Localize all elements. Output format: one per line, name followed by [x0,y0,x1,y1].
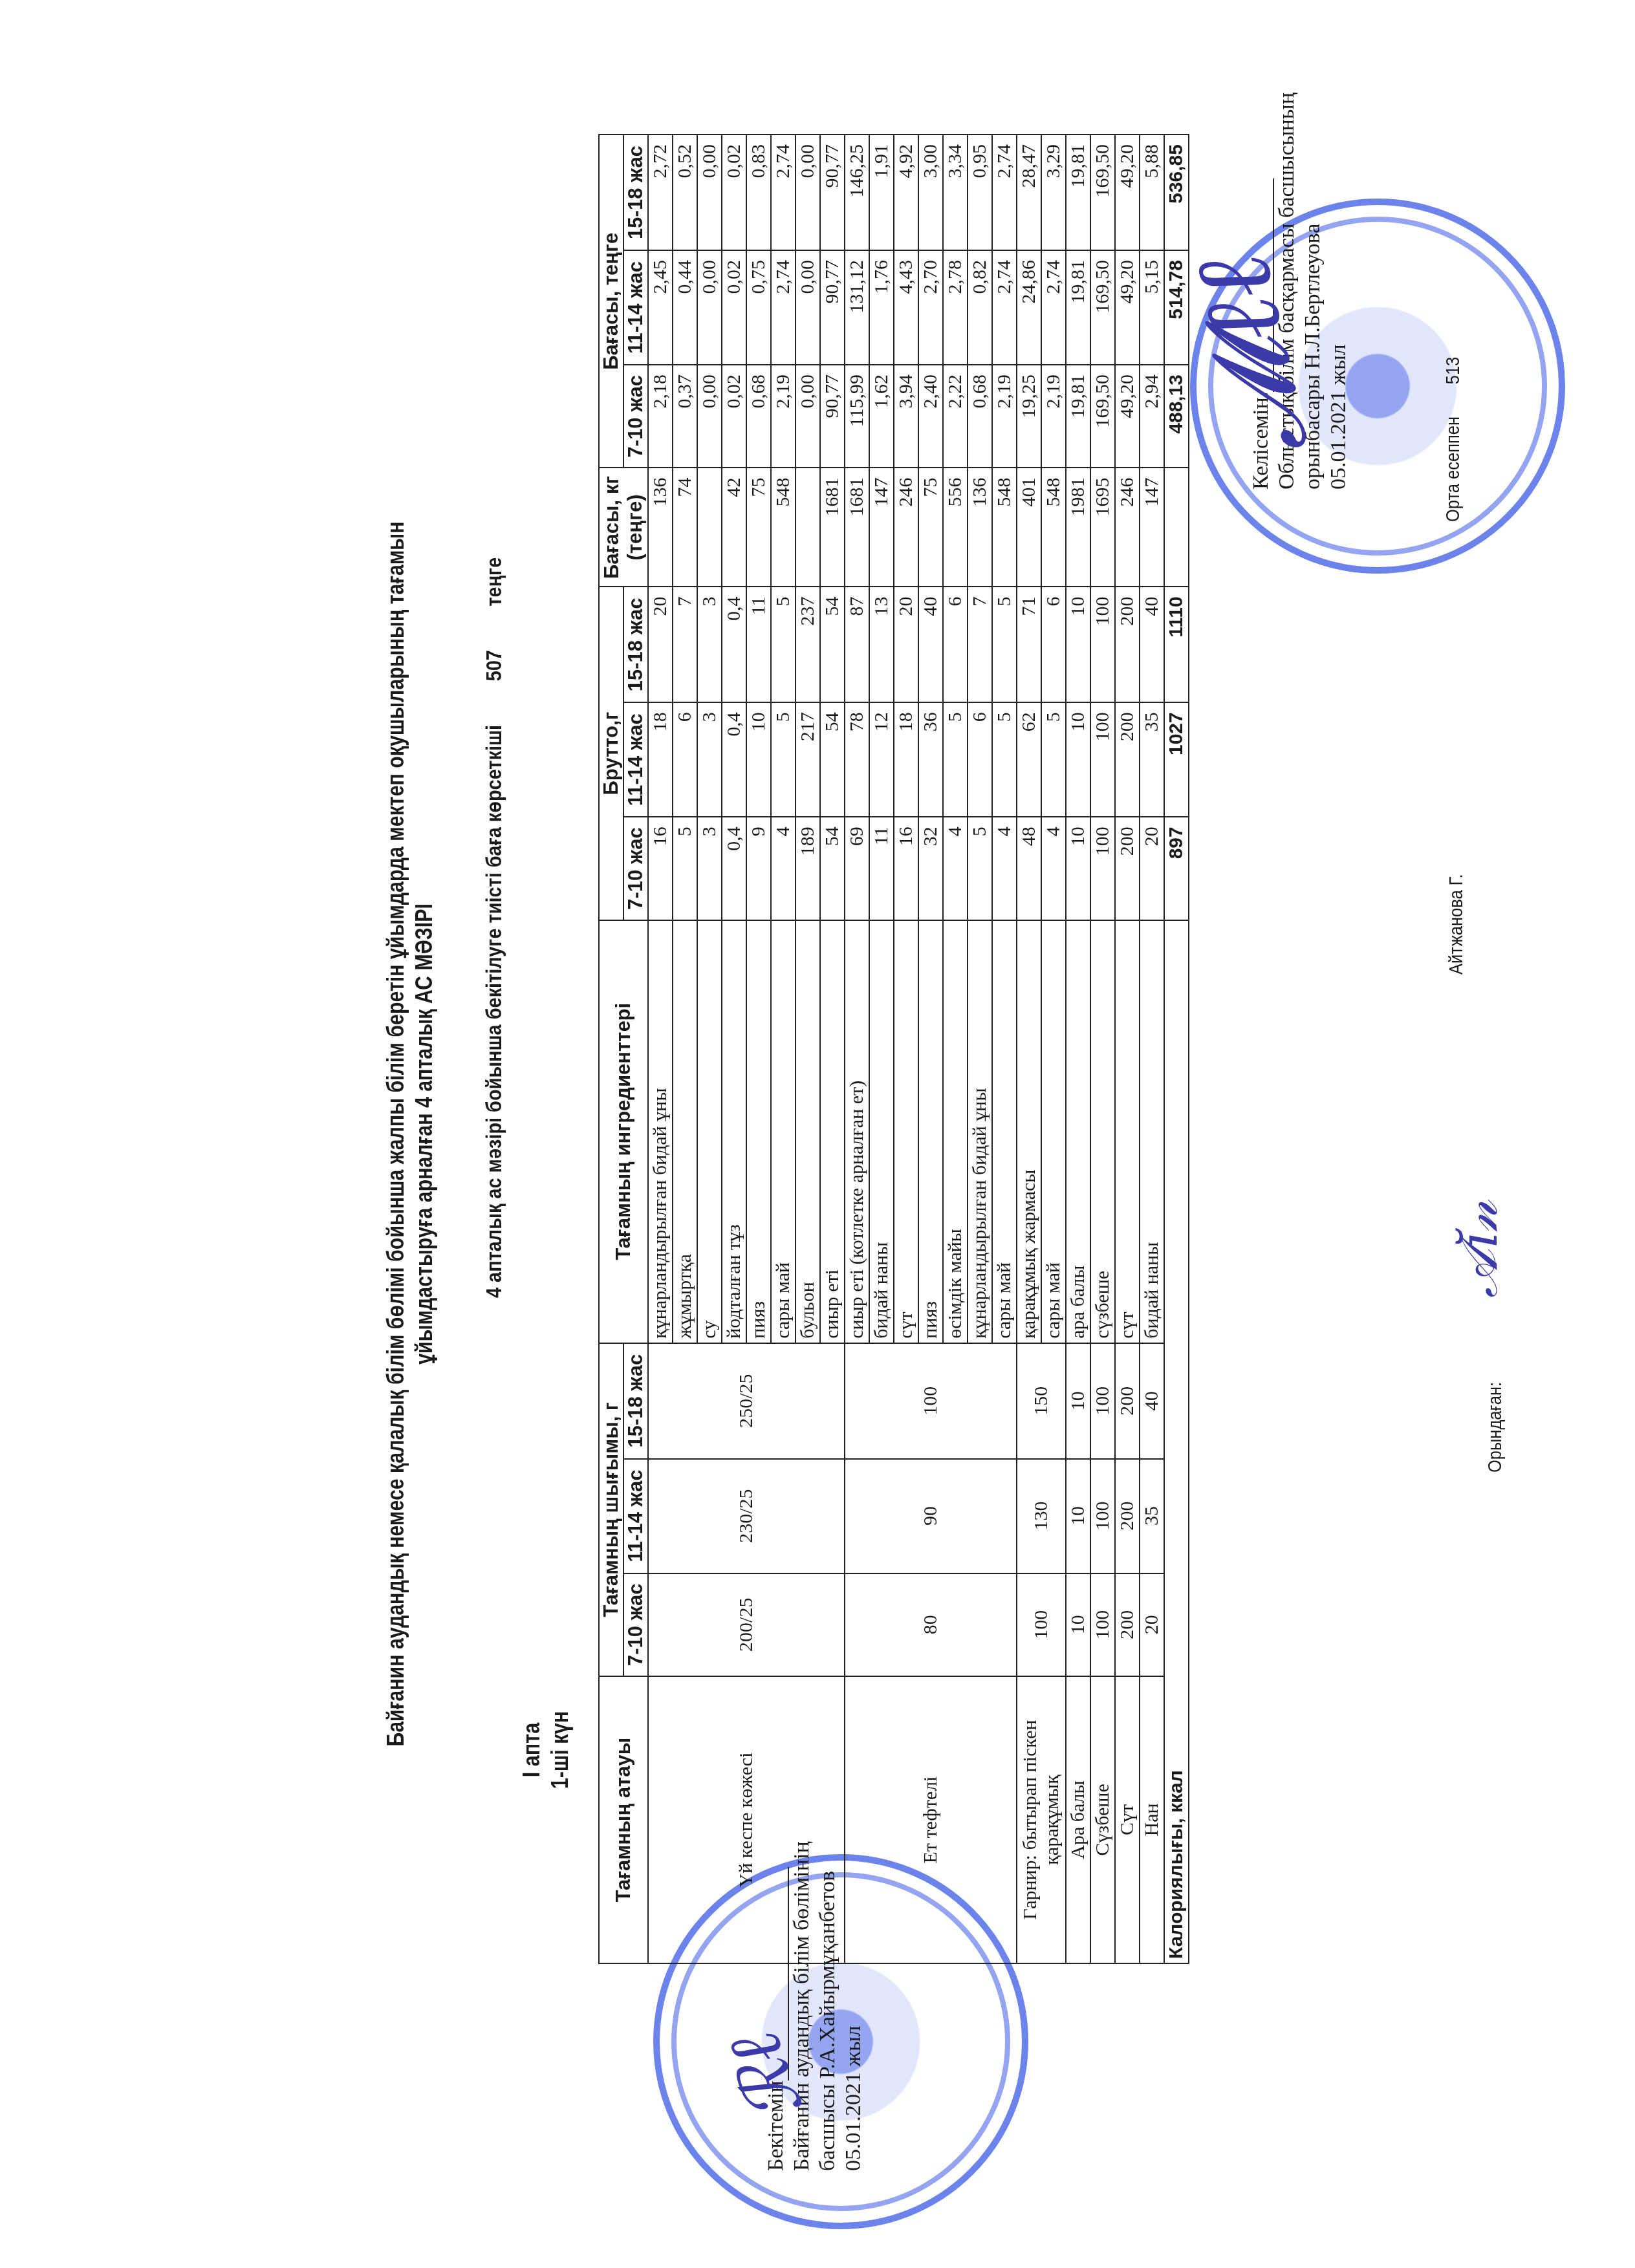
header-age-brutto-0: 7-10 жас [623,817,648,920]
dish-output: 10 [1066,1573,1090,1676]
brutto-value: 0,4 [722,587,746,702]
brutto-value: 5 [1041,702,1066,817]
price-value: 4,92 [894,135,918,250]
brutto-value: 6 [943,587,968,702]
ingredient-name: сүт [894,920,918,1343]
dish-output: 20 [1140,1573,1164,1676]
total-brutto: 1110 [1164,587,1189,702]
total-price: 536,85 [1164,135,1189,250]
brutto-value: 6 [1041,587,1066,702]
dish-output: 100 [1090,1343,1115,1459]
price-value: 169,50 [1090,365,1115,468]
brutto-value: 3 [697,587,722,702]
price-value: 146,25 [845,135,869,250]
dish-output: 200 [1115,1459,1140,1573]
price-per-kg: 1681 [845,468,869,587]
brutto-value: 200 [1115,587,1140,702]
dish-name: Гарнир: бытырап піскен қарақұмық [1017,1676,1066,1963]
document-title: Байғанин аудандық немесе қалалық білім б… [382,204,439,2064]
header-output: Тағамның шығымы, г [599,1343,623,1676]
price-per-kg: 548 [771,468,796,587]
price-value: 0,52 [673,135,697,250]
total-row: Калориялығы, ккал89710271110488,13514,78… [1164,135,1189,1963]
dish-name: Сүт [1115,1676,1140,1963]
brutto-value: 5 [992,702,1017,817]
brutto-value: 237 [796,587,820,702]
price-value: 0,00 [796,135,820,250]
price-value: 115,99 [845,365,869,468]
price-per-kg: 1681 [820,468,845,587]
price-value: 19,25 [1017,365,1041,468]
header-age-output-1: 11-14 жас [623,1459,648,1573]
brutto-value: 0,4 [722,702,746,817]
header-price: Бағасы, теңге [599,135,623,468]
price-value: 131,12 [845,250,869,365]
price-value: 2,22 [943,365,968,468]
brutto-value: 40 [1140,587,1164,702]
dish-output: 35 [1140,1459,1164,1573]
price-value: 169,50 [1090,135,1115,250]
price-value: 2,19 [771,365,796,468]
menu-table: Тағамның атауы Тағамның шығымы, г Тағамн… [598,134,1189,1964]
price-value: 0,68 [746,365,771,468]
price-per-kg: 1695 [1090,468,1115,587]
ingredient-name: ара балы [1066,920,1090,1343]
price-value: 2,45 [648,250,673,365]
price-value: 2,74 [1041,250,1066,365]
brutto-value: 18 [894,702,918,817]
price-value: 0,00 [796,250,820,365]
brutto-value: 5 [771,587,796,702]
dish-output: 100 [1090,1459,1115,1573]
price-value: 2,72 [648,135,673,250]
day-label: 1-ші күн [546,1711,574,1789]
brutto-value: 200 [1115,702,1140,817]
price-value: 2,74 [771,250,796,365]
price-per-kg: 1981 [1066,468,1090,587]
ingredient-name: сиыр еті (котлетке арналған ет) [845,920,869,1343]
price-value: 2,74 [992,250,1017,365]
executor-label: Орындаған: [1484,1382,1506,1473]
brutto-value: 100 [1090,587,1115,702]
brutto-value: 13 [869,587,894,702]
ingredient-name: қарақұмық жармасы [1017,920,1041,1343]
brutto-value: 20 [648,587,673,702]
dish-name: Сүзбеше [1090,1676,1115,1963]
header-age-brutto-1: 11-14 жас [623,702,648,817]
brutto-value: 48 [1017,817,1041,920]
dish-output: 10 [1066,1459,1090,1573]
table-row: Сүт200200200сүт20020020024649,2049,2049,… [1115,135,1140,1963]
brutto-value: 6 [673,702,697,817]
ingredient-name: сүзбеше [1090,920,1115,1343]
brutto-value: 78 [845,702,869,817]
brutto-value: 87 [845,587,869,702]
price-value: 3,94 [894,365,918,468]
total-brutto: 897 [1164,817,1189,920]
ingredient-name: сиыр еті [820,920,845,1343]
brutto-value: 54 [820,817,845,920]
week-label: I апта [517,1711,546,1789]
brutto-value: 35 [1140,702,1164,817]
executor-name-block: Айтжанова Г. [1446,874,1467,975]
menu-document-page: Бекітемін Байғанин аудандық білім бөлімі… [0,0,1635,2268]
brutto-value: 11 [746,587,771,702]
dish-output: 10 [1066,1343,1090,1459]
ingredient-name: құнарландырылған бидай ұны [968,920,992,1343]
brutto-value: 10 [746,702,771,817]
price-value: 0,00 [796,365,820,468]
price-indicator-value: 507 [482,650,506,681]
brutto-value: 9 [746,817,771,920]
dish-name: Ара балы [1066,1676,1090,1963]
brutto-value: 40 [918,587,943,702]
table-header-row: Тағамның атауы Тағамның шығымы, г Тағамн… [599,135,623,1963]
table-row: Сүзбеше100100100сүзбеше1001001001695169,… [1090,135,1115,1963]
price-value: 2,19 [1041,365,1066,468]
total-label: Калориялығы, ккал [1164,920,1189,1963]
price-per-kg: 147 [869,468,894,587]
price-per-kg: 136 [648,468,673,587]
executor-block: Орындаған: [1484,1382,1506,1473]
brutto-value: 71 [1017,587,1041,702]
brutto-value: 10 [1066,702,1090,817]
price-value: 1,76 [869,250,894,365]
price-value: 2,70 [918,250,943,365]
brutto-value: 5 [992,587,1017,702]
price-value: 4,43 [894,250,918,365]
price-value: 2,19 [992,365,1017,468]
table-row: Нан203540бидай наны2035401472,945,155,88 [1140,135,1164,1963]
price-value: 0,37 [673,365,697,468]
price-value: 5,15 [1140,250,1164,365]
average-value: 513 [1442,357,1464,385]
approval-date: 05.01.2021 жыл [1326,92,1352,490]
price-value: 49,20 [1115,250,1140,365]
price-per-kg: 548 [1041,468,1066,587]
price-per-kg: 246 [1115,468,1140,587]
total-price: 488,13 [1164,365,1189,468]
dish-output: 80 [845,1573,1017,1676]
table-row: Ара балы101010ара балы101010198119,8119,… [1066,135,1090,1963]
ingredient-name: бидай наны [1140,920,1164,1343]
brutto-value: 32 [918,817,943,920]
brutto-value: 54 [820,702,845,817]
brutto-value: 5 [771,702,796,817]
price-value: 2,74 [992,135,1017,250]
brutto-value: 62 [1017,702,1041,817]
brutto-value: 5 [673,817,697,920]
brutto-value: 7 [968,587,992,702]
price-value: 0,02 [722,135,746,250]
menu-table-body: Үй кеспе көжесі200/25230/25250/25құнарла… [648,135,1189,1963]
table-row: Ет тефтелі8090100сиыр еті (котлетке арна… [845,135,869,1963]
total-brutto: 1027 [1164,702,1189,817]
dish-output: 150 [1017,1343,1066,1459]
price-value: 0,68 [968,365,992,468]
header-brutto: Брутто,г [599,587,623,920]
executor-signature: 𝒜ĭ𝓃 [1449,1200,1510,1298]
price-indicator: 4 апталық ас мәзірі бойынша бекітілуге т… [482,557,507,1298]
header-ingredients: Тағамның ингредиенттері [599,920,648,1343]
price-per-kg: 147 [1140,468,1164,587]
total-empty-cell [1164,468,1189,587]
ingredient-name: сары май [1041,920,1066,1343]
header-age-output-2: 15-18 жас [623,1343,648,1459]
dish-name: Ет тефтелі [845,1676,1017,1963]
price-value: 19,81 [1066,250,1090,365]
brutto-value: 10 [1066,587,1090,702]
brutto-value: 100 [1090,702,1115,817]
price-value: 0,82 [968,250,992,365]
ingredient-name: сүт [1115,920,1140,1343]
price-per-kg: 136 [968,468,992,587]
brutto-value: 217 [796,702,820,817]
brutto-value: 16 [894,817,918,920]
dish-output: 200 [1115,1573,1140,1676]
price-per-kg [796,468,820,587]
brutto-value: 54 [820,587,845,702]
price-indicator-label: 4 апталық ас мәзірі бойынша бекітілуге т… [482,725,506,1298]
brutto-value: 7 [673,587,697,702]
price-value: 3,34 [943,135,968,250]
price-value: 2,18 [648,365,673,468]
brutto-value: 18 [648,702,673,817]
week-day-label: I апта 1-ші күн [517,1711,574,1789]
brutto-value: 20 [1140,817,1164,920]
brutto-value: 100 [1090,817,1115,920]
price-value: 19,81 [1066,135,1090,250]
price-per-kg: 42 [722,468,746,587]
price-value: 1,62 [869,365,894,468]
ingredient-name: бидай наны [869,920,894,1343]
brutto-value: 69 [845,817,869,920]
price-value: 90,77 [820,250,845,365]
price-value: 2,78 [943,250,968,365]
brutto-value: 200 [1115,817,1140,920]
price-value: 169,50 [1090,250,1115,365]
header-dish-name: Тағамның атауы [599,1676,648,1963]
price-value: 0,02 [722,250,746,365]
ingredient-name: жұмыртқа [673,920,697,1343]
brutto-value: 11 [869,817,894,920]
price-value: 0,00 [697,365,722,468]
price-value: 2,94 [1140,365,1164,468]
price-value: 0,00 [697,135,722,250]
price-value: 0,95 [968,135,992,250]
brutto-value: 5 [943,702,968,817]
dish-output: 90 [845,1459,1017,1573]
price-value: 28,47 [1017,135,1041,250]
price-value: 49,20 [1115,365,1140,468]
price-value: 90,77 [820,365,845,468]
brutto-value: 36 [918,702,943,817]
dish-name: Нан [1140,1676,1164,1963]
ingredient-name: сары май [771,920,796,1343]
price-value: 19,81 [1066,365,1090,468]
price-per-kg: 74 [673,468,697,587]
price-per-kg: 75 [918,468,943,587]
brutto-value: 3 [697,702,722,817]
total-price: 514,78 [1164,250,1189,365]
table-row: Үй кеспе көжесі200/25230/25250/25құнарла… [648,135,673,1963]
price-per-kg [697,468,722,587]
title-line-2: ұйымдастыруға арналған 4 апталық АС МӘЗІ… [410,204,439,2064]
dish-output: 40 [1140,1343,1164,1459]
price-value: 1,91 [869,135,894,250]
brutto-value: 16 [648,817,673,920]
brutto-value: 4 [771,817,796,920]
header-age-price-0: 7-10 жас [623,365,648,468]
brutto-value: 6 [968,702,992,817]
ingredient-name: бульон [796,920,820,1343]
price-value: 0,75 [746,250,771,365]
header-price-kg: Бағасы, кг (теңге) [599,468,648,587]
brutto-value: 189 [796,817,820,920]
brutto-value: 3 [697,817,722,920]
dish-output: 250/25 [648,1343,845,1459]
dish-output: 200/25 [648,1573,845,1676]
header-age-output-0: 7-10 жас [623,1573,648,1676]
brutto-value: 4 [943,817,968,920]
executor-name: Айтжанова Г. [1446,874,1467,975]
brutto-value: 20 [894,587,918,702]
header-age-price-2: 15-18 жас [623,135,648,250]
ingredient-name: өсімдік майы [943,920,968,1343]
price-value: 3,00 [918,135,943,250]
ingredient-name: йодталған тұз [722,920,746,1343]
brutto-value: 10 [1066,817,1090,920]
brutto-value: 5 [968,817,992,920]
price-indicator-unit: теңге [482,557,506,607]
brutto-value: 4 [992,817,1017,920]
price-value: 2,74 [771,135,796,250]
price-value: 0,44 [673,250,697,365]
price-value: 2,40 [918,365,943,468]
title-line-1: Байғанин аудандық немесе қалалық білім б… [382,204,410,2064]
average-label: Орта есеппен [1442,416,1464,522]
ingredient-name: сары май [992,920,1017,1343]
header-age-price-1: 11-14 жас [623,250,648,365]
price-per-kg: 75 [746,468,771,587]
price-per-kg: 401 [1017,468,1041,587]
dish-output: 130 [1017,1459,1066,1573]
dish-output: 100 [845,1343,1017,1459]
ingredient-name: су [697,920,722,1343]
dish-output: 200 [1115,1343,1140,1459]
price-value: 0,83 [746,135,771,250]
price-per-kg: 556 [943,468,968,587]
price-value: 24,86 [1017,250,1041,365]
ingredient-name: пияз [746,920,771,1343]
dish-output: 100 [1017,1573,1066,1676]
price-value: 0,00 [697,250,722,365]
ingredient-name: пияз [918,920,943,1343]
price-value: 49,20 [1115,135,1140,250]
brutto-value: 4 [1041,817,1066,920]
dish-name: Үй кеспе көжесі [648,1676,845,1963]
table-row: Гарнир: бытырап піскен қарақұмық10013015… [1017,135,1041,1963]
price-value: 5,88 [1140,135,1164,250]
price-value: 3,29 [1041,135,1066,250]
dish-output: 230/25 [648,1459,845,1573]
price-per-kg: 246 [894,468,918,587]
brutto-value: 12 [869,702,894,817]
price-per-kg: 548 [992,468,1017,587]
average-block: Орта есеппен 513 [1442,357,1464,522]
brutto-value: 0,4 [722,817,746,920]
price-value: 0,02 [722,365,746,468]
dish-output: 100 [1090,1573,1115,1676]
price-value: 90,77 [820,135,845,250]
ingredient-name: құнарландырылған бидай ұны [648,920,673,1343]
header-age-brutto-2: 15-18 жас [623,587,648,702]
